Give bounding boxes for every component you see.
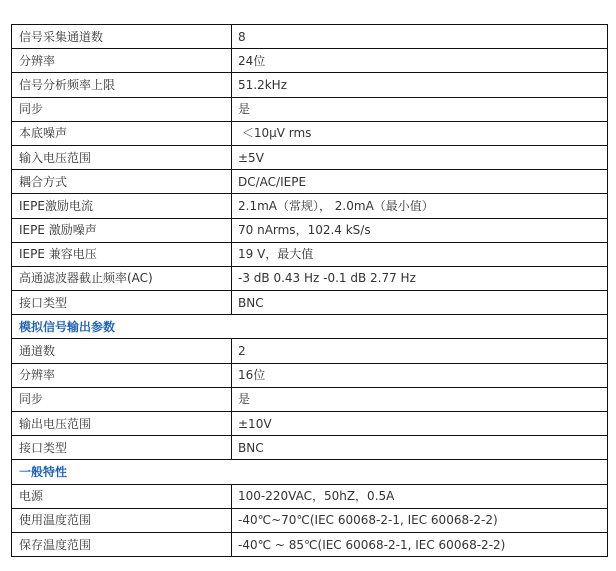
table-row: 信号采集通道数 8 <box>12 25 608 49</box>
table-row: IEPE 激励噪声 70 nArms，102.4 kS/s <box>12 218 608 242</box>
table-row: 本底噪声 ＜10μV rms <box>12 121 608 145</box>
table-row: 分辨率 24位 <box>12 49 608 73</box>
row-value: ±5V <box>232 145 608 169</box>
row-label: IEPE激励电流 <box>12 194 232 218</box>
row-value: 2.1mA（常规）， 2.0mA（最小值） <box>232 194 608 218</box>
row-value: DC/AC/IEPE <box>232 170 608 194</box>
row-label: 分辨率 <box>12 363 232 387</box>
row-value: 2 <box>232 339 608 363</box>
section-header-analog-output: 模拟信号输出参数 <box>12 315 608 339</box>
row-value: 16位 <box>232 363 608 387</box>
table-row: 接口类型 BNC <box>12 436 608 460</box>
row-label: 接口类型 <box>12 436 232 460</box>
row-label: 同步 <box>12 387 232 411</box>
row-value: BNC <box>232 291 608 315</box>
row-label: IEPE 兼容电压 <box>12 242 232 266</box>
table-row: 耦合方式 DC/AC/IEPE <box>12 170 608 194</box>
row-value: 8 <box>232 25 608 49</box>
table-row: IEPE激励电流 2.1mA（常规）， 2.0mA（最小值） <box>12 194 608 218</box>
table-row: 输入电压范围 ±5V <box>12 145 608 169</box>
row-label: 高通滤波器截止频率(AC) <box>12 266 232 290</box>
row-label: IEPE 激励噪声 <box>12 218 232 242</box>
row-value: 是 <box>232 97 608 121</box>
table-row: 通道数 2 <box>12 339 608 363</box>
row-value: ±10V <box>232 412 608 436</box>
table-row: 使用温度范围 -40℃~70℃(IEC 60068-2-1, IEC 60068… <box>12 508 608 532</box>
row-value: 51.2kHz <box>232 73 608 97</box>
table-row: 输出电压范围 ±10V <box>12 412 608 436</box>
table-row: 电源 100-220VAC，50hZ，0.5A <box>12 484 608 508</box>
table-row: 接口类型 BNC <box>12 291 608 315</box>
row-label: 本底噪声 <box>12 121 232 145</box>
row-value: BNC <box>232 436 608 460</box>
row-value: 24位 <box>232 49 608 73</box>
row-label: 通道数 <box>12 339 232 363</box>
section-title: 模拟信号输出参数 <box>12 315 608 339</box>
row-label: 输入电压范围 <box>12 145 232 169</box>
spec-table: 信号采集通道数 8 分辨率 24位 信号分析频率上限 51.2kHz 同步 是 … <box>11 24 608 557</box>
row-value: ＜10μV rms <box>232 121 608 145</box>
section-header-general: 一般特性 <box>12 460 608 484</box>
row-value: -40℃~70℃(IEC 60068-2-1, IEC 60068-2-2) <box>232 508 608 532</box>
table-row: IEPE 兼容电压 19 V，最大值 <box>12 242 608 266</box>
table-row: 保存温度范围 -40℃ ~ 85℃(IEC 60068-2-1, IEC 600… <box>12 532 608 556</box>
row-value: 100-220VAC，50hZ，0.5A <box>232 484 608 508</box>
table-row: 同步 是 <box>12 97 608 121</box>
row-value: 是 <box>232 387 608 411</box>
row-value: -3 dB 0.43 Hz -0.1 dB 2.77 Hz <box>232 266 608 290</box>
table-row: 同步 是 <box>12 387 608 411</box>
row-label: 信号采集通道数 <box>12 25 232 49</box>
row-label: 分辨率 <box>12 49 232 73</box>
row-label: 使用温度范围 <box>12 508 232 532</box>
table-row: 信号分析频率上限 51.2kHz <box>12 73 608 97</box>
row-label: 耦合方式 <box>12 170 232 194</box>
row-label: 接口类型 <box>12 291 232 315</box>
table-row: 高通滤波器截止频率(AC) -3 dB 0.43 Hz -0.1 dB 2.77… <box>12 266 608 290</box>
row-value: -40℃ ~ 85℃(IEC 60068-2-1, IEC 60068-2-2) <box>232 532 608 556</box>
row-label: 输出电压范围 <box>12 412 232 436</box>
section-title: 一般特性 <box>12 460 608 484</box>
table-row: 分辨率 16位 <box>12 363 608 387</box>
row-label: 同步 <box>12 97 232 121</box>
row-label: 信号分析频率上限 <box>12 73 232 97</box>
row-value: 70 nArms，102.4 kS/s <box>232 218 608 242</box>
row-label: 保存温度范围 <box>12 532 232 556</box>
row-value: 19 V，最大值 <box>232 242 608 266</box>
row-label: 电源 <box>12 484 232 508</box>
